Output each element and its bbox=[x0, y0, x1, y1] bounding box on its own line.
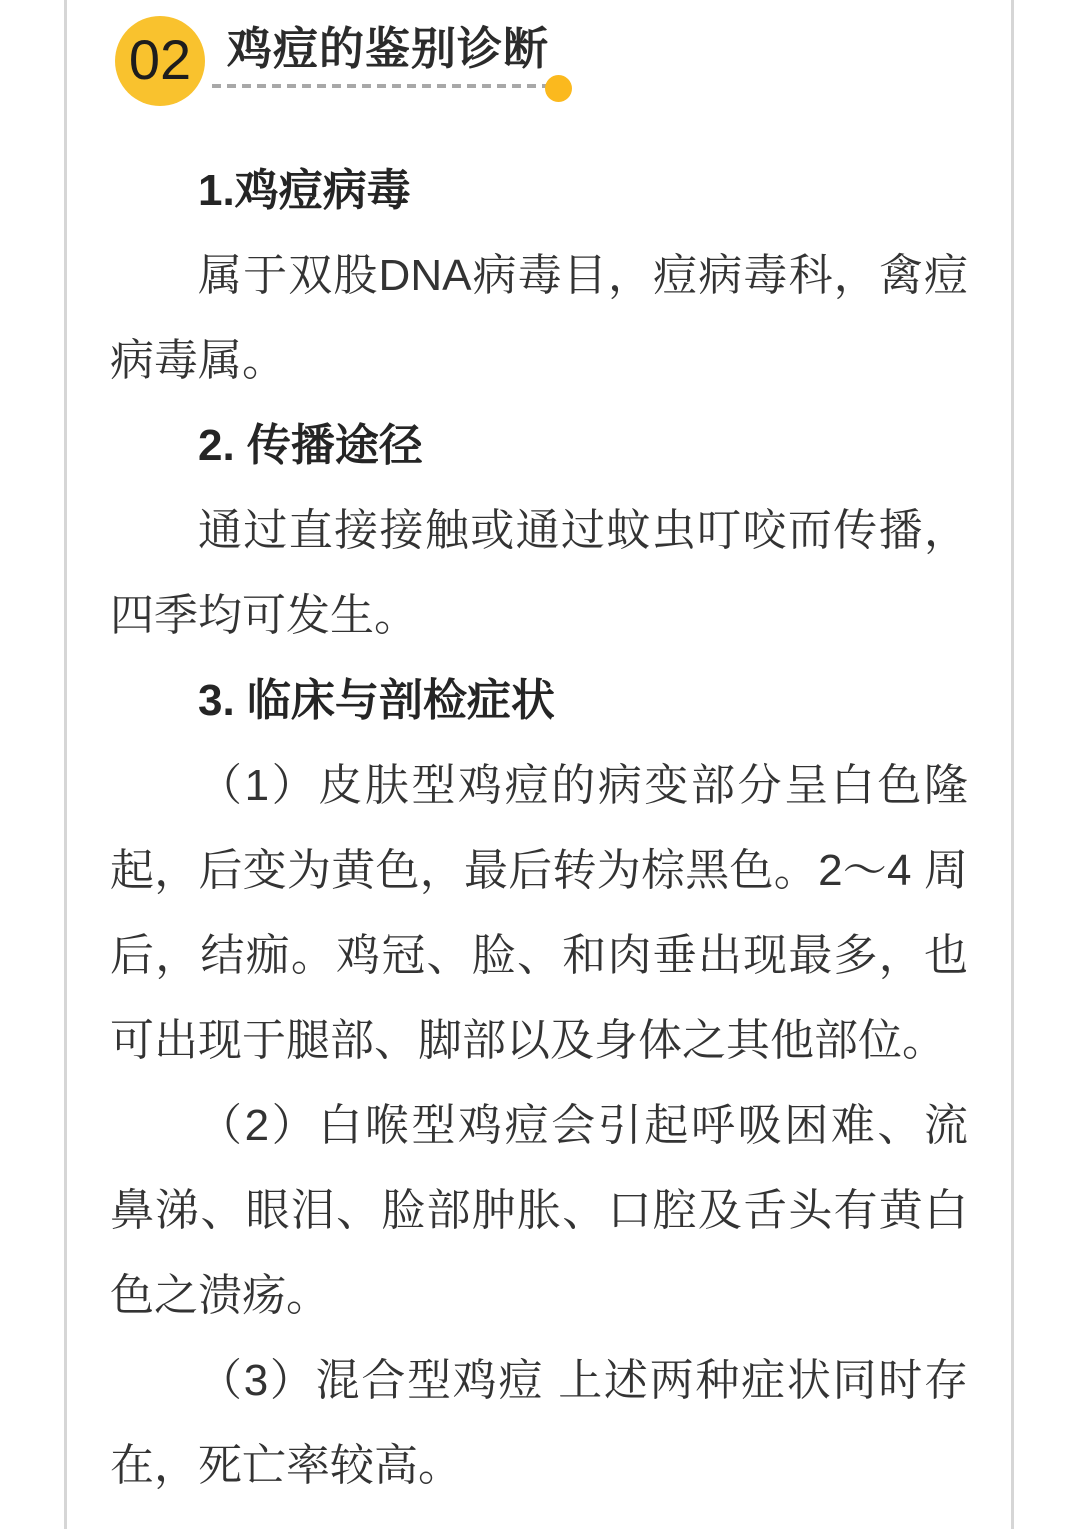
section-number: 02 bbox=[129, 32, 191, 88]
right-border-rule bbox=[1011, 0, 1014, 1529]
section-title: 鸡痘的鉴别诊断 bbox=[227, 24, 549, 74]
paragraph-symptoms-skin-type: （1）皮肤型鸡痘的病变部分呈白色隆起，后变为黄色，最后转为棕黑色。2～4 周后，… bbox=[110, 743, 968, 1083]
paragraph-symptoms-mixed-type: （3）混合型鸡痘 上述两种症状同时存在，死亡率较高。 bbox=[110, 1338, 968, 1508]
section-heading-transmission: 2. 传播途径 bbox=[110, 403, 968, 488]
paragraph-virus: 属于双股DNA病毒目，痘病毒科，禽痘病毒属。 bbox=[110, 233, 968, 403]
paragraph-symptoms-diphtheritic-type: （2）白喉型鸡痘会引起呼吸困难、流鼻涕、眼泪、脸部肿胀、口腔及舌头有黄白色之溃疡… bbox=[110, 1083, 968, 1338]
article-page: 02 鸡痘的鉴别诊断 1.鸡痘病毒 属于双股DNA病毒目，痘病毒科，禽痘病毒属。… bbox=[0, 0, 1080, 1529]
paragraph-transmission: 通过直接接触或通过蚊虫叮咬而传播，四季均可发生。 bbox=[110, 488, 968, 658]
accent-dot bbox=[545, 75, 572, 102]
left-border-rule bbox=[64, 0, 67, 1529]
section-number-badge: 02 bbox=[115, 16, 205, 106]
section-heading-virus: 1.鸡痘病毒 bbox=[110, 148, 968, 233]
dashed-underline bbox=[212, 84, 546, 88]
section-heading-symptoms: 3. 临床与剖检症状 bbox=[110, 658, 968, 743]
article-body: 1.鸡痘病毒 属于双股DNA病毒目，痘病毒科，禽痘病毒属。 2. 传播途径 通过… bbox=[110, 148, 968, 1508]
